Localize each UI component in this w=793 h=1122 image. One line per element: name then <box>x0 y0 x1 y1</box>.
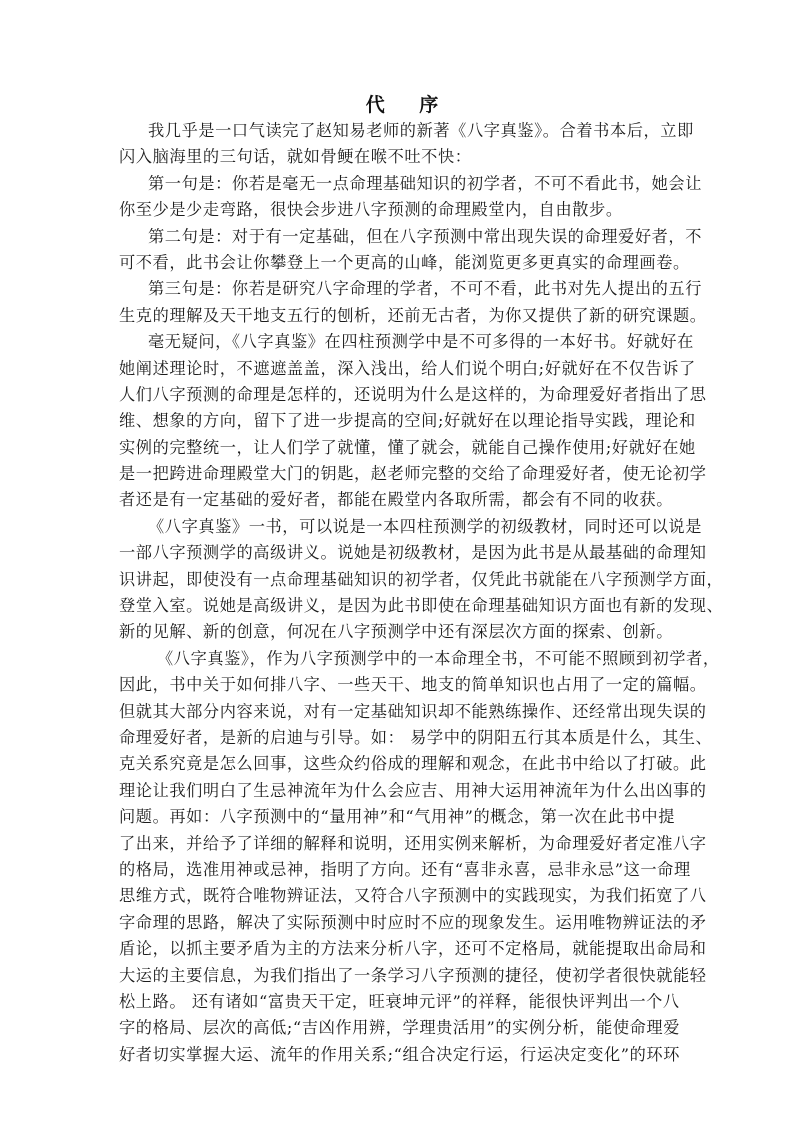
text-line: 第一句是：你若是毫无一点命理基础知识的初学者，不可不看此书，她会让 <box>119 171 675 197</box>
page-title: 代 序 <box>0 93 793 117</box>
text-line: 登堂入室。说她是高级讲义，是因为此书即使在命理基础知识方面也有新的发现、 <box>119 593 675 619</box>
paragraph: 第一句是：你若是毫无一点命理基础知识的初学者，不可不看此书，她会让 你至少是少走… <box>119 171 675 224</box>
text-line: 人们八字预测的命理是怎样的，还说明为什么是这样的，为命理爱好者指出了思 <box>119 382 675 408</box>
text-line: 第三句是：你若是研究八字命理的学者，不可不看，此书对先人提出的五行 <box>119 276 675 302</box>
paragraph: 第三句是：你若是研究八字命理的学者，不可不看，此书对先人提出的五行 生克的理解及… <box>119 276 675 329</box>
text-line: 因此，书中关于如何排八字、一些天干、地支的简单知识也占用了一定的篇幅。 <box>119 672 675 698</box>
text-line: 字命理的思路，解决了实际预测中时应时不应的现象发生。运用唯物辨证法的矛 <box>119 910 675 936</box>
text-line: 闪入脑海里的三句话，就如骨鲠在喉不吐不快： <box>119 144 675 170</box>
text-line: 克关系究竟是怎么回事，这些众约俗成的理解和观念，在此书中给以了打破。此 <box>119 751 675 777</box>
text-line: 实例的完整统一，让人们学了就懂，懂了就会，就能自己操作使用;好就好在她 <box>119 435 675 461</box>
paragraph: 毫无疑问，《八字真鉴》在四柱预测学中是不可多得的一本好书。好就好在 她阐述理论时… <box>119 329 675 514</box>
text-line: 毫无疑问，《八字真鉴》在四柱预测学中是不可多得的一本好书。好就好在 <box>119 329 675 355</box>
text-line: 命理爱好者，是新的启迪与引导。如： 易学中的阴阳五行其本质是什么，其生、 <box>119 725 675 751</box>
text-line: 字的格局、层次的高低;“吉凶作用辨，学理贵活用”的实例分析，能使命理爱 <box>119 1015 675 1041</box>
text-line: 问题。再如：八字预测中的“量用神”和“气用神”的概念，第一次在此书中提 <box>119 804 675 830</box>
text-line: 生克的理解及天干地支五行的刨析，还前无古者，为你又提供了新的研究课题。 <box>119 303 675 329</box>
text-line: 识讲起，即使没有一点命理基础知识的初学者，仅凭此书就能在八字预测学方面， <box>119 567 675 593</box>
paragraph: 《八字真鉴》一书，可以说是一本四柱预测学的初级教材，同时还可以说是 一部八字预测… <box>119 514 675 646</box>
paragraph: 《八字真鉴》，作为八字预测学中的一本命理全书，不可能不照顾到初学者， 因此，书中… <box>119 646 675 1068</box>
paragraph: 第二句是：对于有一定基础，但在八字预测中常出现失误的命理爱好者，不 可不看，此书… <box>119 224 675 277</box>
document-page: 代 序 我几乎是一口气读完了赵知易老师的新著《八字真鉴》。合着书本后，立即 闪入… <box>0 0 793 1122</box>
text-line: 者还是有一定基础的爱好者，都能在殿堂内各取所需，都会有不同的收获。 <box>119 487 675 513</box>
text-line: 思维方式，既符合唯物辨证法，又符合八字预测中的实践现实，为我们拓宽了八 <box>119 883 675 909</box>
text-line: 是一把跨进命理殿堂大门的钥匙，赵老师完整的交给了命理爱好者，使无论初学 <box>119 461 675 487</box>
text-line: 理论让我们明白了生忌神流年为什么会应吉、用神大运用神流年为什么出凶事的 <box>119 778 675 804</box>
text-line: 大运的主要信息，为我们指出了一条学习八字预测的捷径，使初学者很快就能轻 <box>119 963 675 989</box>
text-line: 《八字真鉴》，作为八字预测学中的一本命理全书，不可能不照顾到初学者， <box>119 646 675 672</box>
text-line: 但就其大部分内容来说，对有一定基础知识却不能熟练操作、还经常出现失误的 <box>119 699 675 725</box>
text-line: 松上路。 还有诸如“富贵天干定，旺衰坤元评”的祥释，能很快评判出一个八 <box>119 989 675 1015</box>
text-line: 我几乎是一口气读完了赵知易老师的新著《八字真鉴》。合着书本后，立即 <box>119 118 675 144</box>
text-line: 了出来，并给予了详细的解释和说明，还用实例来解析，为命理爱好者定准八字 <box>119 831 675 857</box>
text-line: 新的见解、新的创意，何况在八字预测学中还有深层次方面的探索、创新。 <box>119 619 675 645</box>
text-line: 盾论，以抓主要矛盾为主的方法来分析八字，还可不定格局，就能提取出命局和 <box>119 936 675 962</box>
text-line: 她阐述理论时，不遮遮盖盖，深入浅出，给人们说个明白;好就好在不仅告诉了 <box>119 356 675 382</box>
text-line: 的格局，选准用神或忌神，指明了方向。还有“喜非永喜，忌非永忌”这一命理 <box>119 857 675 883</box>
text-line: 第二句是：对于有一定基础，但在八字预测中常出现失误的命理爱好者，不 <box>119 224 675 250</box>
text-line: 一部八字预测学的高级讲义。说她是初级教材，是因为此书是从最基础的命理知 <box>119 540 675 566</box>
text-line: 你至少是少走弯路，很快会步进八字预测的命理殿堂内，自由散步。 <box>119 197 675 223</box>
text-line: 可不看，此书会让你攀登上一个更高的山峰，能浏览更多更真实的命理画卷。 <box>119 250 675 276</box>
preface-body: 我几乎是一口气读完了赵知易老师的新著《八字真鉴》。合着书本后，立即 闪入脑海里的… <box>119 118 675 1068</box>
text-line: 维、想象的方向，留下了进一步提高的空间;好就好在以理论指导实践，理论和 <box>119 408 675 434</box>
text-line: 《八字真鉴》一书，可以说是一本四柱预测学的初级教材，同时还可以说是 <box>119 514 675 540</box>
paragraph: 我几乎是一口气读完了赵知易老师的新著《八字真鉴》。合着书本后，立即 闪入脑海里的… <box>119 118 675 171</box>
text-line: 好者切实掌握大运、流年的作用关系;“组合决定行运，行运决定变化”的环环 <box>119 1042 675 1068</box>
